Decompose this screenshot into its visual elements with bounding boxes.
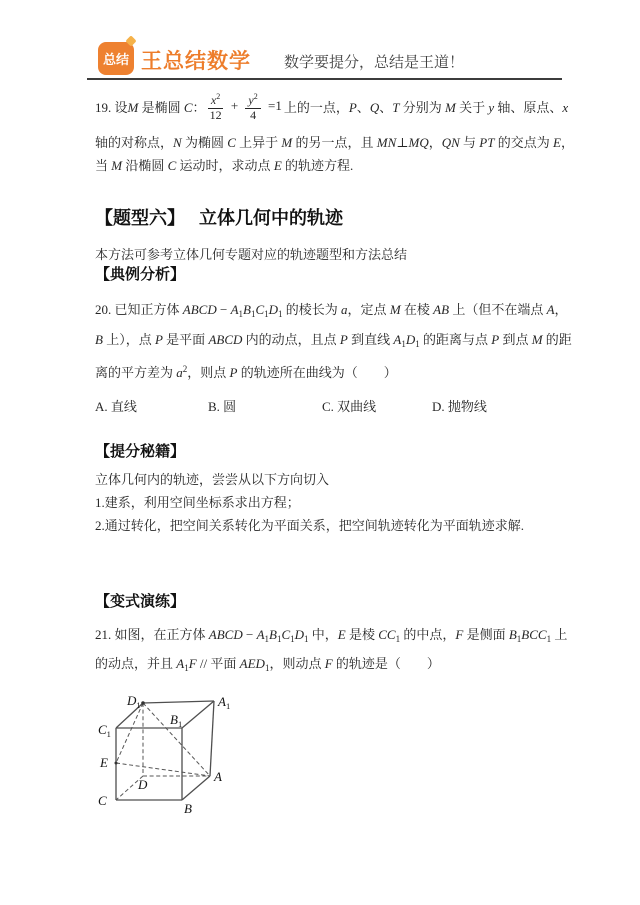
point-dot-E: [115, 762, 118, 765]
question-19-line-1: 19. 设M 是椭圆 C： x2 12 + y2 4 =1 上的一点，P、Q、T…: [95, 90, 568, 124]
header-divider: [87, 78, 562, 80]
label-D1: D1: [126, 693, 141, 710]
edge-B1-A1: [182, 701, 214, 728]
label-C: C: [98, 793, 107, 808]
fraction-y2-4: y2 4: [245, 92, 260, 123]
edge-D1-A1: [143, 701, 214, 703]
question-19-line-3: 当 M 沿椭圆 C 运动时，求动点 E 的轨迹方程.: [95, 157, 353, 174]
brand-name: 王总结数学: [141, 45, 251, 75]
q19-text-before-formula: 19. 设M 是椭圆 C：: [95, 99, 206, 116]
section-6-title: 立体几何中的轨迹: [199, 208, 343, 228]
section-6-bracket: 【题型六】: [95, 208, 185, 228]
vertex-dot-D1: [141, 701, 145, 705]
equals-one: =1: [268, 98, 282, 113]
edge-A1-A: [210, 701, 214, 776]
option-a: A. 直线: [95, 396, 137, 415]
question-19-line-2: 轴的对称点，N 为椭圆 C 上异于 M 的另一点，且 MN⊥MQ，QN 与 PT…: [95, 134, 574, 151]
option-d: D. 抛物线: [432, 396, 487, 415]
example-analysis-header: 【典例分析】: [95, 267, 185, 284]
label-B1: B1: [170, 712, 182, 729]
segment-E-A: [116, 763, 210, 776]
segment-D1-E: [116, 703, 143, 763]
brand-slogan: 数学要提分，总结是王道！: [284, 51, 464, 72]
plus-sign: +: [231, 98, 238, 113]
edge-B-A: [182, 776, 210, 800]
ellipse-equation: x2 12 + y2 4 =1: [206, 92, 284, 123]
label-E: E: [99, 755, 108, 770]
crown-icon: [125, 35, 136, 46]
section-6-heading: 【题型六】立体几何中的轨迹: [95, 210, 343, 227]
variation-practice-header: 【变式演练】: [95, 594, 185, 611]
option-c: C. 双曲线: [322, 396, 376, 415]
option-b: B. 圆: [208, 396, 236, 415]
logo-badge-text: 总结: [103, 49, 129, 68]
label-A1: A1: [217, 694, 230, 711]
question-20-line-2: B 上），点 P 是平面 ABCD 内的动点，且点 P 到直线 A1D1 的距离…: [95, 331, 572, 353]
q19-text-after-formula: 上的一点，P、Q、T 分别为 M 关于 y 轴、原点、x: [284, 99, 568, 116]
question-21-line-2: 的动点，并且 A1F // 平面 AED1，则动点 F 的轨迹是（ ）: [95, 655, 440, 677]
label-A: A: [213, 769, 222, 784]
question-21-line-1: 21. 如图，在正方体 ABCD − A1B1C1D1 中，E 是棱 CC1 的…: [95, 626, 567, 648]
question-20-line-1: 20. 已知正方体 ABCD − A1B1C1D1 的棱长为 a，定点 M 在棱…: [95, 301, 568, 323]
fraction-x2-12: x2 12: [208, 92, 224, 123]
label-C1: C1: [98, 722, 111, 739]
label-D: D: [137, 777, 148, 792]
score-tips-header: 【提分秘籍】: [95, 444, 185, 461]
tips-item-1: 1.建系，利用空间坐标系求出方程；: [95, 494, 300, 511]
cube-figure: D1 A1 C1 B1 E D A C B: [95, 688, 245, 828]
tips-intro: 立体几何内的轨迹，尝尝从以下方向切入: [95, 471, 329, 488]
brand-logo-icon: 总结: [98, 42, 134, 75]
question-20-line-3: 离的平方差为 a2，则点 P 的轨迹所在曲线为（ ）: [95, 361, 397, 381]
tips-item-2: 2.通过转化，把空间关系转化为平面关系，把空间轨迹转化为平面轨迹求解.: [95, 517, 524, 534]
document-page: 总结 王总结数学 数学要提分，总结是王道！ 19. 设M 是椭圆 C： x2 1…: [0, 0, 640, 905]
section-6-note: 本方法可参考立体几何专题对应的轨迹题型和方法总结: [95, 246, 407, 263]
label-B: B: [184, 801, 192, 816]
